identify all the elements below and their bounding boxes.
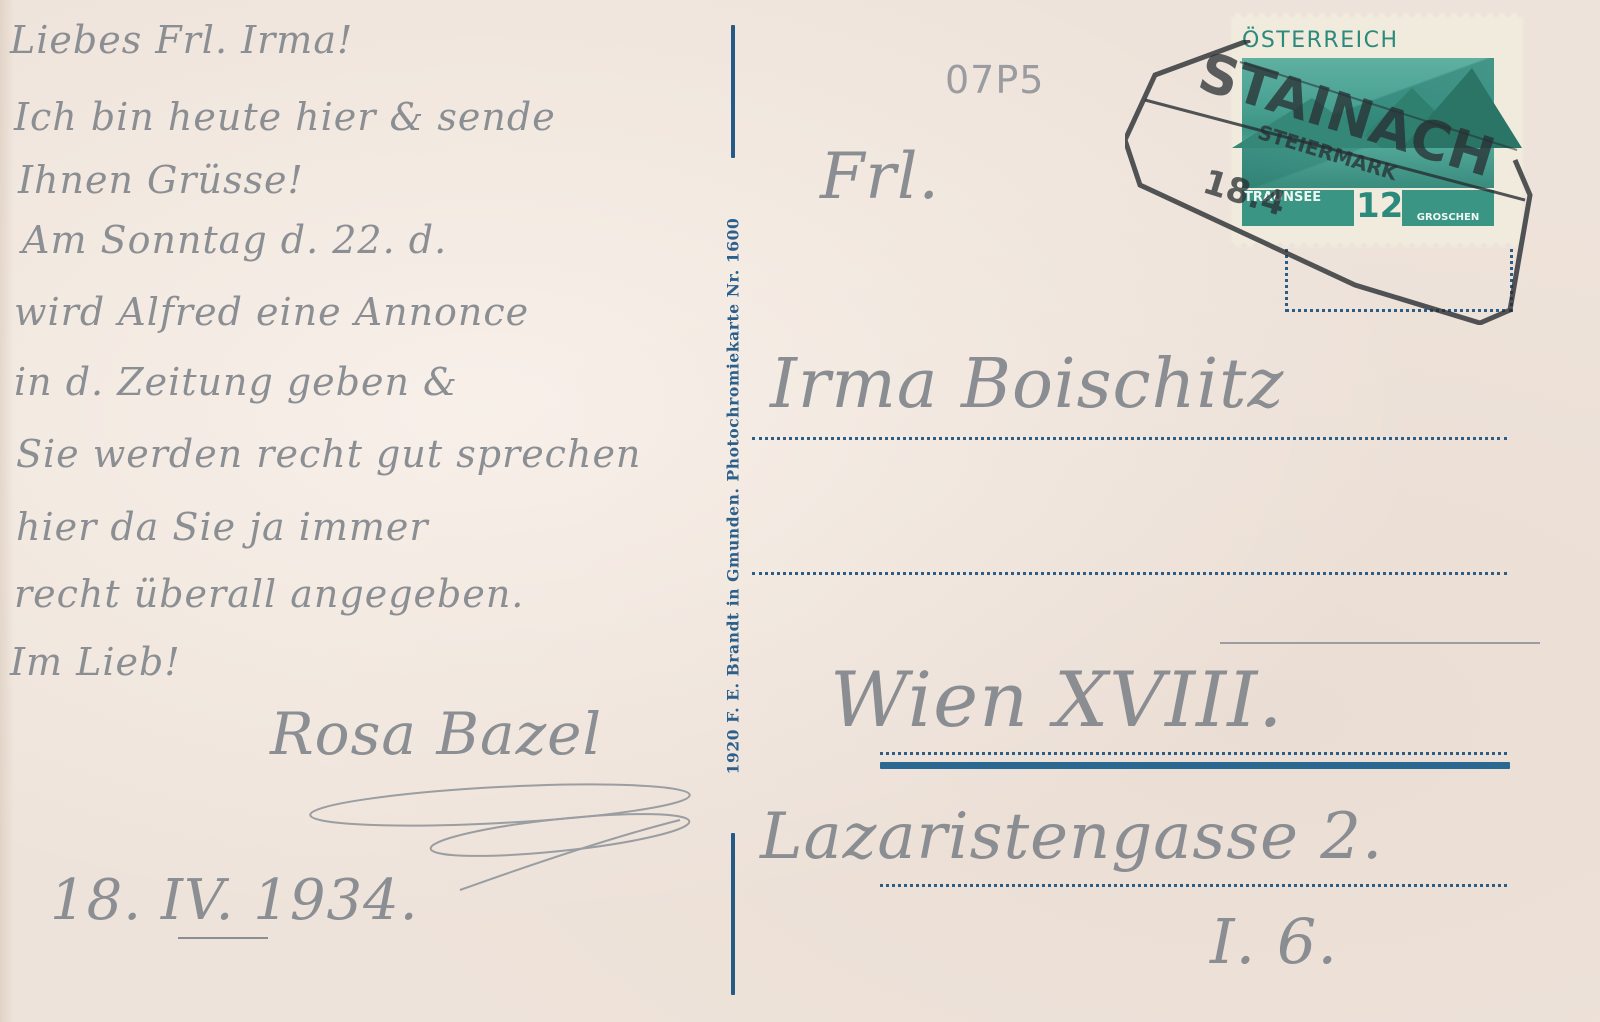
address-city: Wien XVIII. bbox=[830, 655, 1283, 744]
message-line: Am Sonntag d. 22. d. bbox=[22, 218, 447, 262]
address-underline-solid bbox=[880, 762, 1510, 769]
message-line: Ich bin heute hier & sende bbox=[14, 95, 556, 139]
divider-line-bottom bbox=[731, 833, 735, 995]
message-date: 18. IV. 1934. bbox=[50, 868, 419, 933]
message-line: Im Lieb! bbox=[10, 640, 181, 684]
message-line: recht überall angegeben. bbox=[14, 572, 524, 616]
message-line: Sie werden recht gut sprechen bbox=[16, 432, 641, 476]
publisher-imprint: 1920 F. E. Brandt in Gmunden. Photochrom… bbox=[724, 218, 743, 775]
address-salutation: Frl. bbox=[820, 140, 940, 214]
city-overline bbox=[1220, 642, 1540, 644]
postcard-back: 1920 F. E. Brandt in Gmunden. Photochrom… bbox=[0, 0, 1600, 1022]
date-underline bbox=[178, 937, 268, 939]
address-apartment: I. 6. bbox=[1210, 905, 1338, 978]
message-line: in d. Zeitung geben & bbox=[14, 360, 458, 404]
address-name: Irma Boischitz bbox=[770, 345, 1284, 424]
address-line-3 bbox=[880, 752, 1507, 755]
message-line: wird Alfred eine Annonce bbox=[14, 290, 529, 334]
signature: Rosa Bazel bbox=[270, 700, 602, 768]
reference-number: 07P5 bbox=[945, 58, 1044, 102]
address-line-2 bbox=[752, 572, 1507, 575]
message-line: Ihnen Grüsse! bbox=[18, 158, 304, 202]
message-line: hier da Sie ja immer bbox=[16, 505, 429, 549]
message-line: Liebes Frl. Irma! bbox=[10, 18, 353, 62]
divider-line-top bbox=[731, 25, 735, 158]
address-street: Lazaristengasse 2. bbox=[760, 800, 1383, 874]
address-line-4 bbox=[880, 884, 1507, 887]
address-line-1 bbox=[752, 437, 1507, 440]
